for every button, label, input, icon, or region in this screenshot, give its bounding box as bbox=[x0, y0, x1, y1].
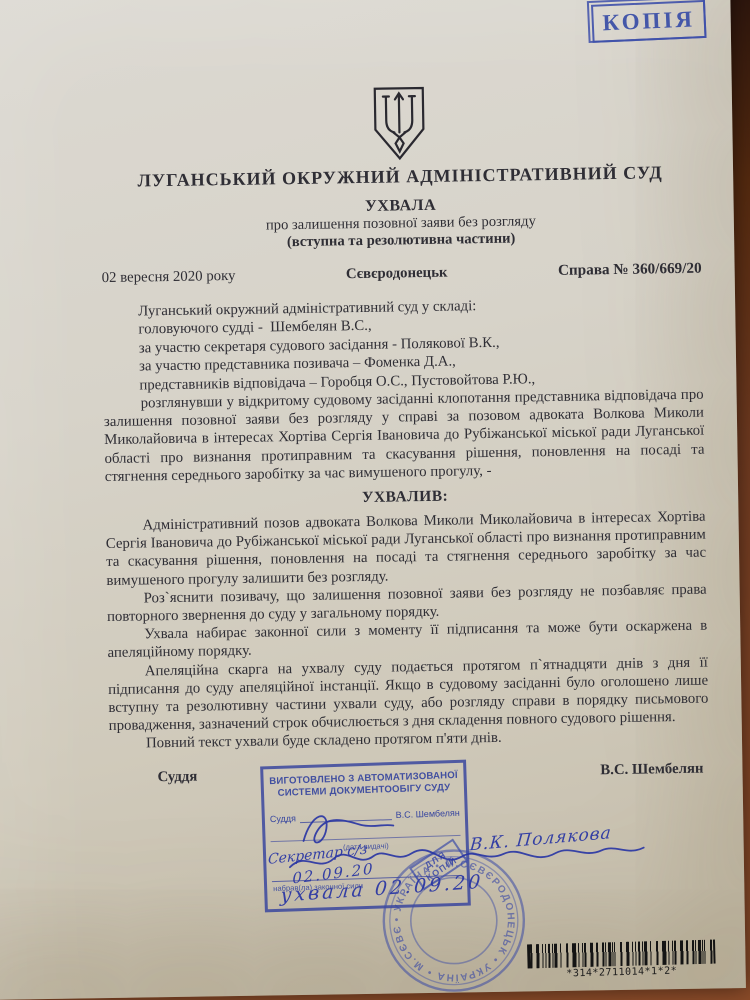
judge-name: В.С. Шембелян bbox=[600, 760, 703, 779]
court-name: ЛУГАНСЬКИЙ ОКРУЖНИЙ АДМІНІСТРАТИВНИЙ СУД bbox=[100, 161, 700, 192]
ukraine-trident-emblem-icon bbox=[369, 85, 430, 162]
court-ruling-document: ЛУГАНСЬКИЙ ОКРУЖНИЙ АДМІНІСТРАТИВНИЙ СУД… bbox=[97, 0, 709, 787]
preamble-paragraph: розглянувши у відкритому судовому засіда… bbox=[104, 386, 705, 486]
barcode: *314*2711014*1*2* bbox=[527, 940, 716, 981]
document-page: КОПІЯ ЛУГАНСЬКИЙ ОКРУЖНИЙ АДМІНІСТРАТИВН… bbox=[0, 0, 746, 1000]
copy-stamp-label: КОПІЯ bbox=[602, 6, 695, 36]
copy-stamp-frame: КОПІЯ bbox=[591, 0, 707, 43]
stamp-header: ВИГОТОВЛЕНО З АВТОМАТИЗОВАНОЇ СИСТЕМИ ДО… bbox=[263, 763, 464, 800]
ruling-city: Сєвєродонецьк bbox=[346, 265, 448, 284]
resolution-heading: УХВАЛИВ: bbox=[105, 484, 705, 511]
barcode-bars bbox=[527, 940, 716, 969]
ruling-date: 02 вересня 2020 року bbox=[102, 268, 236, 287]
court-composition: Луганський окружний адміністративний суд… bbox=[138, 294, 703, 395]
resolution-paragraph: Апеляційна скарга на ухвалу суду подаєть… bbox=[108, 653, 709, 735]
case-number: Справа № 360/669/20 bbox=[558, 260, 702, 280]
copy-stamp: КОПІЯ bbox=[587, 0, 707, 43]
resolution-paragraph: Адміністративний позов адвоката Волкова … bbox=[105, 508, 706, 590]
judge-label: Суддя bbox=[157, 768, 197, 786]
meta-row: 02 вересня 2020 року Сєвєродонецьк Справ… bbox=[102, 260, 702, 287]
